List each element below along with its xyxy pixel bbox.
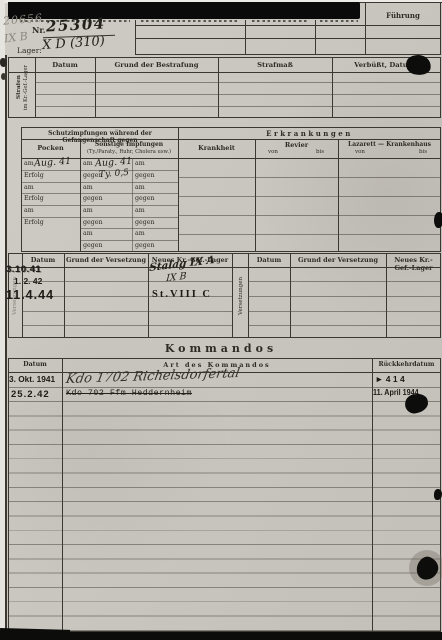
grid-line — [440, 2, 441, 55]
column-header: (Ty./Paraty., Ruhr, Cholera usw.) — [80, 149, 178, 155]
impfungen-cell: am — [135, 207, 145, 214]
kommandos-title: Kommandos — [0, 342, 442, 355]
grid-line — [248, 296, 441, 297]
impfungen-cell: gegen — [135, 242, 155, 249]
column-header: Lazarett — Krankenhaus — [338, 141, 441, 148]
grid-line — [22, 311, 232, 312]
obscured-text-fragment — [141, 20, 237, 22]
impfungen-cell: am — [83, 230, 93, 237]
versetzungen-side-label: Versetzungen — [233, 253, 248, 338]
obscured-text-fragment — [252, 20, 308, 22]
margin-mark — [1, 73, 6, 80]
grid-line — [35, 82, 441, 83]
column-header: Datum — [8, 361, 62, 368]
grid-line — [358, 2, 442, 3]
lager-value-handwritten: X D (310) — [42, 34, 106, 53]
grid-line — [8, 267, 441, 268]
lager-label: Lager: — [17, 46, 42, 55]
obscured-text-fragment — [320, 20, 358, 22]
grid-line — [178, 196, 441, 197]
transfer-date-stamp: 3.10.41 — [6, 264, 41, 275]
column-header: Neues Kr.-Gef.-Lager — [386, 256, 441, 272]
kommando-date-stamp: 25.2.42 — [11, 389, 50, 400]
grid-line — [178, 234, 441, 235]
column-header: Revier — [255, 141, 338, 149]
grid-line — [80, 240, 178, 241]
column-header: Rückkehrdatum — [372, 361, 441, 368]
return-date-stamp: ► 4 1 4 — [375, 374, 405, 384]
hole-punch — [434, 212, 442, 228]
column-header: Grund der Versetzung — [290, 256, 386, 264]
kommando-date-stamp: 3. Okt. 1941 — [9, 374, 55, 384]
nr-label: Nr. — [32, 25, 46, 35]
vaccination-agent-handwritten: Ty. 0,5 — [99, 168, 130, 180]
transfer-date-stamp: 1. 2. 42 — [14, 276, 42, 286]
impfungen-cell: am — [135, 160, 145, 167]
impfungen-cell: gegen — [83, 219, 103, 226]
grid-line — [21, 205, 178, 206]
bis-label: bis — [316, 149, 324, 155]
impfungen-cell: am — [24, 207, 34, 214]
column-header: Datum — [35, 61, 95, 69]
nr-value-handwritten: 25304 — [46, 14, 107, 35]
von-label: von — [268, 149, 278, 155]
impfungen-cell: Erfolg — [24, 195, 44, 202]
grid-line — [248, 325, 441, 326]
impfungen-cell: gegen — [135, 195, 155, 202]
impfungen-cell: gegen — [135, 172, 155, 179]
impfungen-cell: am — [24, 184, 34, 191]
side-label-line: Strafen — [16, 75, 22, 99]
grid-line — [22, 325, 232, 326]
pow-record-card-scan: Führung 20656 IX B Nr. 25304 Lager: X D … — [0, 0, 442, 640]
impfungen-cell: am — [135, 184, 145, 191]
grid-line — [22, 281, 232, 282]
grid-line — [35, 94, 441, 95]
impfungen-cell: gegen — [83, 195, 103, 202]
column-header: Krankheit — [178, 144, 255, 152]
column-header: Datum — [22, 256, 64, 264]
grid-line — [80, 139, 81, 252]
grid-line — [21, 158, 441, 159]
impfungen-cell: am — [135, 230, 145, 237]
conduct-column-header: Führung — [366, 11, 440, 20]
penciled-camp: IX B — [3, 30, 28, 46]
impfungen-cell: am — [24, 160, 34, 167]
impfungen-cell: Erfolg — [24, 172, 44, 179]
new-camp-stamp: St.VIII C — [152, 289, 212, 300]
grid-line — [178, 177, 441, 178]
grid-line — [178, 215, 441, 216]
grid-line — [21, 182, 178, 183]
grid-line — [365, 2, 366, 55]
grid-line — [135, 54, 441, 55]
column-header: Pocken — [21, 144, 80, 152]
impfungen-cell: gegen — [135, 219, 155, 226]
impfungen-cell: am — [83, 207, 93, 214]
side-label-line: im Kr.-Gef.-Lager — [23, 65, 29, 110]
grid-line — [21, 217, 178, 218]
grid-line — [135, 38, 441, 39]
column-header: Grund der Bestrafung — [95, 61, 218, 69]
grid-line — [80, 228, 178, 229]
margin-mark — [0, 58, 7, 67]
von-label: von — [355, 149, 365, 155]
column-header: Sonstige Impfungen — [80, 141, 178, 148]
column-header: Strafmaß — [218, 61, 332, 69]
erkrankungen-title: Erkrankungen — [178, 129, 441, 138]
impfungen-cell: am — [83, 184, 93, 191]
column-header: Datum — [248, 256, 290, 264]
bis-label: bis — [419, 149, 427, 155]
transfer-date-stamp: 11.4.44 — [6, 288, 54, 302]
kommando-entry-typed: Kdo 702 Ffm Heddernheim — [66, 389, 192, 398]
grid-line — [35, 106, 441, 107]
impfungen-cell: Erfolg — [24, 219, 44, 226]
column-header: Grund der Versetzung — [64, 256, 148, 264]
grid-line — [135, 25, 441, 26]
impfungen-cell: am — [83, 160, 93, 167]
grid-line — [248, 311, 441, 312]
impfungen-cell: gegen — [83, 242, 103, 249]
grid-line — [8, 72, 441, 73]
grid-line — [248, 281, 441, 282]
empty-ruled-rows — [9, 402, 440, 631]
grid-line — [21, 193, 178, 194]
strafen-side-label: Strafen im Kr.-Gef.-Lager — [9, 58, 35, 117]
side-label-line: Versetzungen — [238, 277, 244, 315]
